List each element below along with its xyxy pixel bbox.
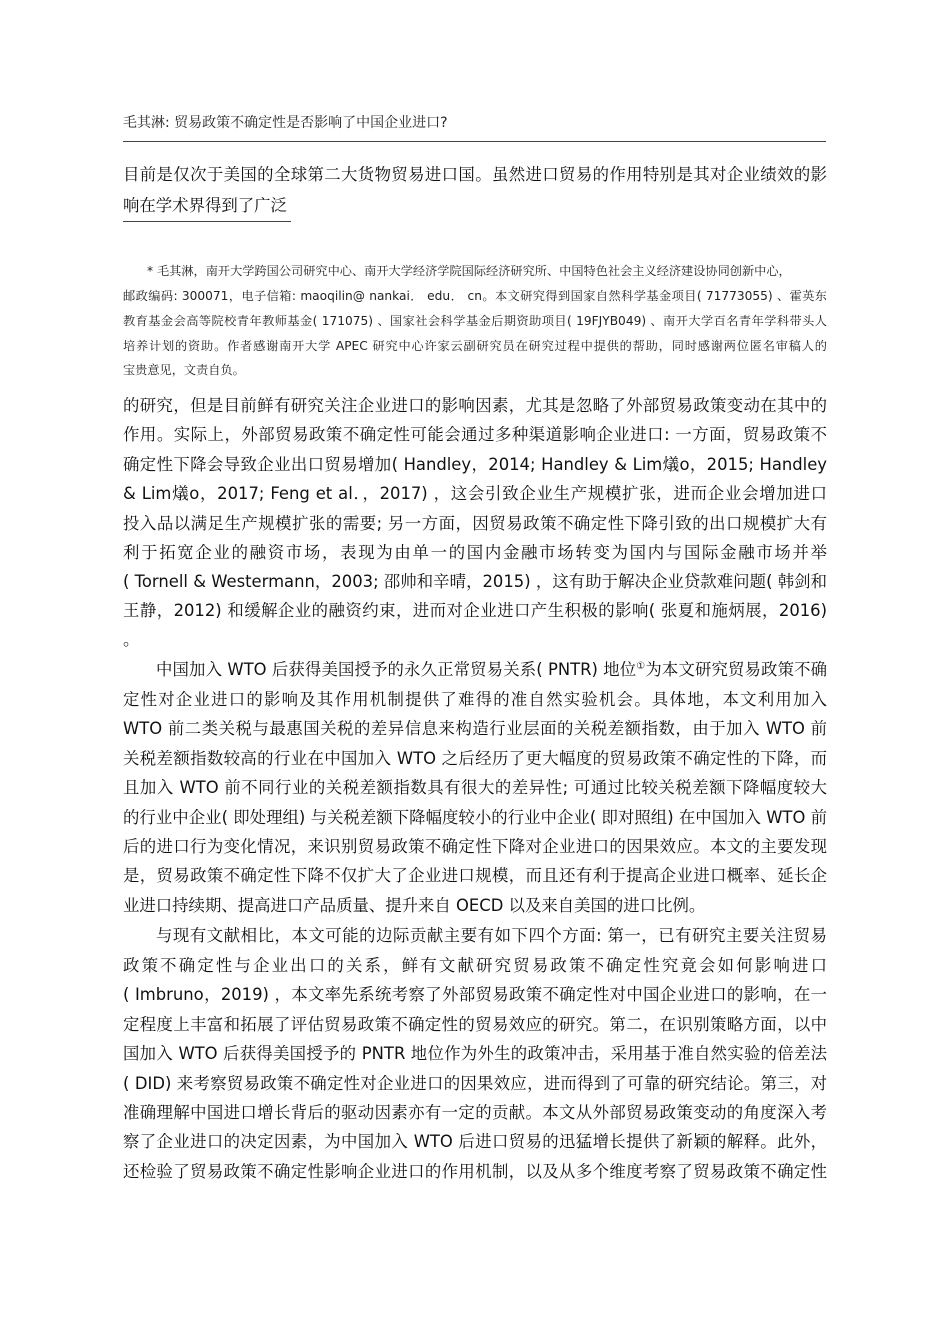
- body-line: 与现有文献相比，本文可能的边际贡献主要有如下四个方面: 第一，已有研究主要关注贸…: [156, 922, 827, 946]
- body-line: 定程度上丰富和拓展了评估贸易政策不确定性的贸易效应的研究。第二，在识别策略方面，…: [123, 1011, 827, 1035]
- footnote-line: 宝贵意见，文责自负。: [123, 361, 245, 378]
- body-line: 还检验了贸易政策不确定性影响企业进口的作用机制，以及从多个维度考察了贸易政策不确…: [123, 1158, 827, 1182]
- body-line: 是，贸易政策不确定性下降不仅扩大了企业进口规模，而且还有利于提高企业进口概率、延…: [123, 862, 827, 886]
- header-rule: [123, 141, 826, 142]
- body-line: 投入品以满足生产规模扩张的需要; 另一方面，因贸易政策不确定性下降引致的出口规模…: [123, 510, 827, 534]
- body-line: 后的进口行为变化情况，来识别贸易政策不确定性下降对企业进口的因果效应。本文的主要…: [123, 833, 827, 857]
- body-line: 的行业中企业( 即处理组) 与关税差额下降幅度较小的行业中企业( 即对照组) 在…: [123, 804, 827, 828]
- footnote-line: 邮政编码: 300071，电子信箱: maoqilin@ nankai． edu…: [123, 287, 827, 304]
- body-line: 国加入 WTO 后获得美国授予的 PNTR 地位作为外生的政策冲击，采用基于准自…: [123, 1040, 827, 1064]
- document-page: 毛其淋: 贸易政策不确定性是否影响了中国企业进口? 目前是仅次于美国的全球第二大…: [0, 0, 950, 1344]
- body-text: 中国加入 WTO 后获得美国授予的永久正常贸易关系( PNTR) 地位: [156, 660, 636, 679]
- body-line: 。: [123, 626, 139, 650]
- body-line: 定性对企业进口的影响及其作用机制提供了难得的准自然实验机会。具体地，本文利用加入: [123, 686, 827, 710]
- body-line: 王静，2012) 和缓解企业的融资约束，进而对企业进口产生积极的影响( 张夏和施…: [123, 597, 827, 621]
- footnote-rule: [123, 221, 291, 222]
- body-line: ( DID) 来考察贸易政策不确定性对企业进口的因果效应，进而得到了可靠的研究结…: [123, 1070, 827, 1094]
- running-head: 毛其淋: 贸易政策不确定性是否影响了中国企业进口?: [123, 112, 448, 132]
- body-line: 确定性下降会导致企业出口贸易增加( Handley，2014; Handley …: [123, 451, 827, 475]
- footnote-line: 培养计划的资助。作者感谢南开大学 APEC 研究中心许家云副研究员在研究过程中提…: [123, 337, 827, 354]
- body-line: 业进口持续期、提高进口产品质量、提升来自 OECD 以及来自美国的进口比例。: [123, 892, 705, 916]
- body-line: WTO 前二类关税与最惠国关税的差异信息来构造行业层面的关税差额指数，由于加入 …: [123, 715, 827, 739]
- body-line: 的研究，但是目前鲜有研究关注企业进口的影响因素，尤其是忽略了外部贸易政策变动在其…: [123, 392, 827, 416]
- body-line: ( Imbruno，2019) ，本文率先系统考察了外部贸易政策不确定性对中国企…: [123, 981, 827, 1005]
- body-line: 察了企业进口的决定因素，为中国加入 WTO 后进口贸易的迅猛增长提供了新颖的解释…: [123, 1128, 827, 1152]
- body-line: 响在学术界得到了广泛: [123, 192, 287, 216]
- body-line: 作用。实际上，外部贸易政策不确定性可能会通过多种渠道影响企业进口: 一方面，贸易…: [123, 421, 827, 445]
- body-line: 目前是仅次于美国的全球第二大货物贸易进口国。虽然进口贸易的作用特别是其对企业绩效…: [123, 161, 827, 185]
- body-line: 利于拓宽企业的融资市场，表现为由单一的国内金融市场转变为国内与国际金融市场并举: [123, 539, 827, 563]
- body-line: ( Tornell & Westermann，2003; 邵帅和辛晴，2015)…: [123, 568, 827, 592]
- body-line: 中国加入 WTO 后获得美国授予的永久正常贸易关系( PNTR) 地位①为本文研…: [156, 656, 827, 680]
- body-line: & Lim燨o，2017; Feng et al．，2017) ，这会引致企业生…: [123, 480, 827, 504]
- body-line: 政策不确定性与企业出口的关系，鲜有文献研究贸易政策不确定性究竟会如何影响进口: [123, 952, 827, 976]
- body-line: 准确理解中国进口增长背后的驱动因素亦有一定的贡献。本文从外部贸易政策变动的角度深…: [123, 1099, 827, 1123]
- body-line: 且加入 WTO 前不同行业的关税差额指数具有很大的差异性; 可通过比较关税差额下…: [123, 774, 827, 798]
- body-line: 关税差额指数较高的行业在中国加入 WTO 之后经历了更大幅度的贸易政策不确定性的…: [123, 745, 827, 769]
- body-text: 为本文研究贸易政策不确: [645, 660, 827, 679]
- footnote-line: 教育基金会高等院校青年教师基金( 171075) 、国家社会科学基金后期资助项目…: [123, 312, 827, 329]
- footnote-line: * 毛其淋，南开大学跨国公司研究中心、南开大学经济学院国际经济研究所、中国特色社…: [147, 262, 791, 279]
